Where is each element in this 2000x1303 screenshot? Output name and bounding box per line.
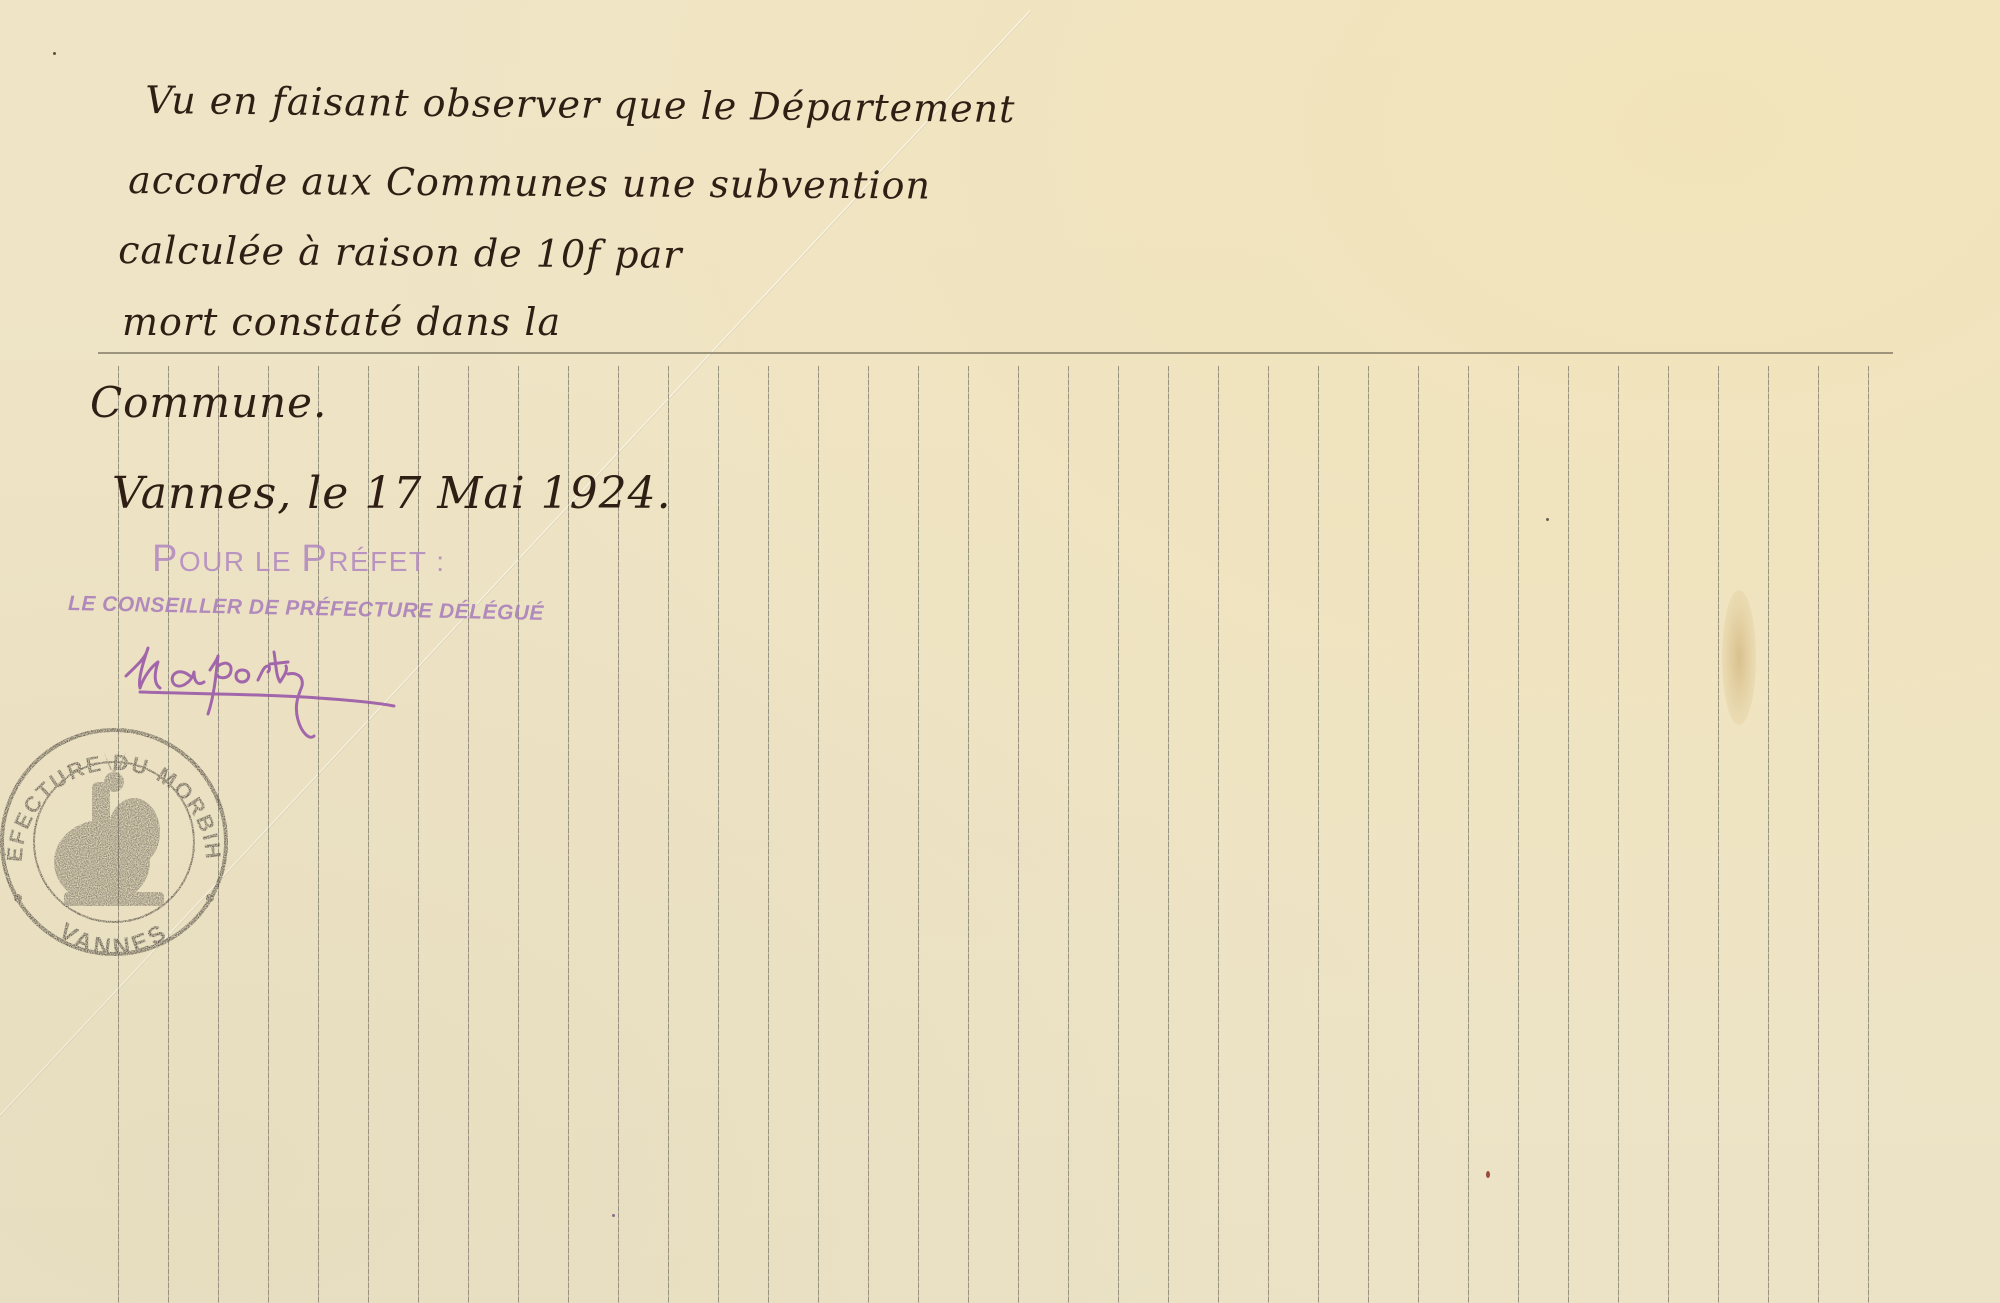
document-page: Vu en faisant observer que le Départemen… [0, 0, 2000, 1303]
stamp-conseiller-delegue: LE CONSEILLER DE PRÉFECTURE DÉLÉGUÉ [68, 592, 544, 626]
handwritten-line-3: calculée à raison de 10f par [118, 228, 683, 277]
stamp-initial-p: P [152, 538, 179, 580]
svg-text:VANNES: VANNES [54, 918, 174, 962]
prefecture-seal: PRÉFECTURE DU MORBIHAN VANNES [0, 712, 234, 968]
stamp-initial-p: P [301, 538, 328, 580]
handwritten-line-2: accorde aux Communes une subvention [128, 158, 931, 208]
vertical-rule-line [1768, 366, 1769, 1303]
water-stain [1722, 590, 1756, 725]
vertical-rule-line [1418, 366, 1419, 1303]
vertical-rule-line [1868, 366, 1869, 1303]
vertical-rule-line [718, 366, 719, 1303]
stamp-text: OUR LE [179, 546, 302, 577]
vertical-rule-line [868, 366, 869, 1303]
vertical-rule-line [1068, 366, 1069, 1303]
handwritten-line-4: mort constaté dans la [122, 300, 561, 344]
vertical-rule-line [1368, 366, 1369, 1303]
stamp-text: RÉFET : [328, 546, 445, 577]
vertical-rule-line [1518, 366, 1519, 1303]
vertical-rule-line [918, 366, 919, 1303]
handwritten-line-1: Vu en faisant observer que le Départemen… [145, 78, 1016, 131]
vertical-rule-line [968, 366, 969, 1303]
date-line: Vannes, le 17 Mai 1924. [112, 468, 672, 519]
vertical-rule-line [1268, 366, 1269, 1303]
vertical-rule-line [768, 366, 769, 1303]
vertical-rule-line [1718, 366, 1719, 1303]
horizontal-rule [98, 352, 1893, 354]
ink-speck [1486, 1171, 1490, 1178]
vertical-rule-line [1468, 366, 1469, 1303]
vertical-rule-line [1168, 366, 1169, 1303]
vertical-rule-line [1218, 366, 1219, 1303]
vertical-rule-line [1018, 366, 1019, 1303]
seal-bottom-text: VANNES [54, 918, 174, 962]
ink-speck [53, 52, 56, 55]
vertical-rule-line [1318, 366, 1319, 1303]
stamp-pour-le-prefet: POUR LE PRÉFET : [152, 538, 446, 581]
vertical-rule-line [818, 366, 819, 1303]
handwritten-line-5: Commune. [90, 378, 327, 427]
vertical-rule-line [1818, 366, 1819, 1303]
vertical-rule-line [1618, 366, 1619, 1303]
ink-speck [1546, 518, 1549, 521]
vertical-rule-line [1568, 366, 1569, 1303]
ink-speck [612, 1214, 615, 1217]
vertical-rule-line [1668, 366, 1669, 1303]
vertical-rule-line [1118, 366, 1119, 1303]
